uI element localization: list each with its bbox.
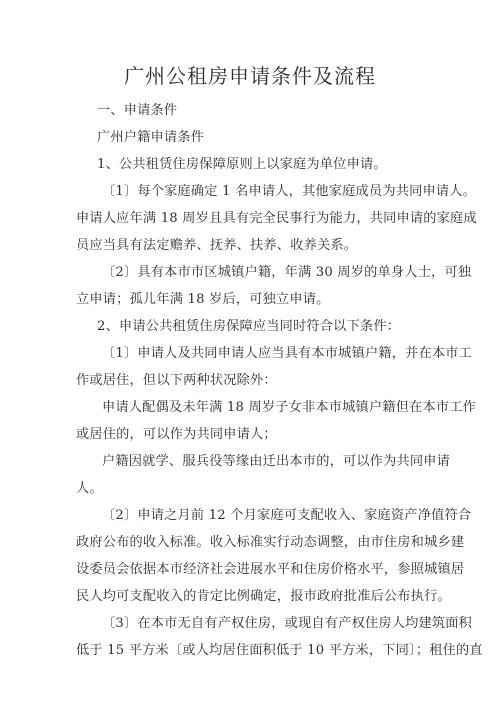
text-line: 户籍因就学、服兵役等缘由迁出本市的，可以作为共同申请 (102, 450, 450, 469)
text-line: 员应当具有法定赡养、抚养、扶养、收养关系。 (76, 234, 357, 253)
text-line: 设委员会依据本市经济社会进展水平和住房价格水平，参照城镇居 (76, 558, 464, 577)
text-line: 民人均可支配收入的肯定比例确定，报市政府批准后公布执行。 (76, 585, 451, 604)
text-line: 〔2〕申请之月前 12 个月家庭可支配收入、家庭资产净值符合 (102, 504, 471, 523)
text-line: 一、申请条件 (97, 99, 177, 118)
text-line: 立申请；孤儿年满 18 岁后，可独立申请。 (76, 288, 330, 307)
text-line: 2、申请公共租赁住房保障应当同时符合以下条件： (97, 315, 400, 334)
text-line: 广州户籍申请条件 (97, 126, 204, 145)
text-line: 政府公布的收入标准。收入标准实行动态调整，由市住房和城乡建 (76, 531, 464, 550)
text-line: 1、公共租赁住房保障原则上以家庭为单位申请。 (97, 153, 387, 172)
text-line: 〔3〕在本市无自有产权住房，或现自有产权住房人均建筑面积 (102, 612, 472, 631)
text-line: 或居住的，可以作为共同申请人； (76, 423, 277, 442)
text-line: 〔1〕每个家庭确定 1 名申请人，其他家庭成员为共同申请人。 (102, 180, 476, 199)
document-title: 广州公租房申请条件及流程 (0, 60, 500, 89)
text-line: 低于 15 平方米〔或人均居住面积低于 10 平方米，下同〕；租住的直 (76, 639, 483, 658)
text-line: 〔1〕申请人及共同申请人应当具有本市城镇户籍，并在本市工 (102, 342, 472, 361)
document-page: 广州公租房申请条件及流程 一、申请条件广州户籍申请条件1、公共租赁住房保障原则上… (0, 0, 500, 707)
text-line: 人。 (76, 477, 103, 496)
text-line: 申请人应年满 18 周岁且具有完全民事行为能力，共同申请的家庭成 (76, 207, 477, 226)
text-line: 作或居住，但以下两种状况除外： (76, 369, 277, 388)
text-line: 〔2〕具有本市市区城镇户籍，年满 30 周岁的单身人士，可独 (102, 261, 471, 280)
text-line: 申请人配偶及未年满 18 周岁子女非本市城镇户籍但在本市工作 (102, 396, 476, 415)
